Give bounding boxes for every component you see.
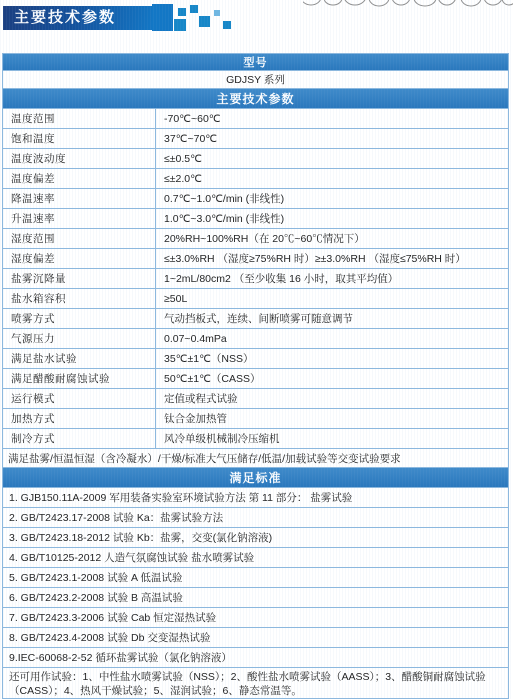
param-value-cell: ≤±0.5℃ [156,149,508,168]
param-value-cell: 1~2mL/80cm2 （至少收集 16 小时，取其平均值） [156,269,508,288]
param-label-cell: 制冷方式 [3,429,156,448]
param-label-cell: 降温速率 [3,189,156,208]
param-label-cell: 湿度偏差 [3,249,156,268]
table-row-standard: 4. GB/T10125-2012 人造气氛腐蚀试验 盐水喷雾试验 [3,548,508,568]
param-label-cell: 温度波动度 [3,149,156,168]
param-label-cell: 升温速率 [3,209,156,228]
table-row-param: 喷雾方式气动挡板式，连续、间断喷雾可随意调节 [3,309,508,329]
spec-table: 型号GDJSY 系列主要技术参数温度范围-70℃~60℃饱和温度37℃~70℃温… [2,53,509,699]
param-value-cell: 0.7℃~1.0℃/min (非线性) [156,189,508,208]
param-label-cell: 温度范围 [3,109,156,128]
model-value-row: GDJSY 系列 [3,71,508,89]
table-row-param: 满足盐水试验35℃±1℃（NSS） [3,349,508,369]
param-label-cell: 温度偏差 [3,169,156,188]
combined-test-note-row: 满足盐雾/恒温恒湿（含冷凝水）/干燥/标准大气压储存/低温/加载试验等交变试验要… [3,449,508,468]
param-value-cell: 0.07~0.4mPa [156,329,508,348]
params-header-row: 主要技术参数 [3,89,508,109]
page-title: 主要技术参数 [14,9,116,26]
param-value-cell: ≤±3.0%RH （湿度≥75%RH 时）≥±3.0%RH （湿度≤75%RH … [156,249,508,268]
param-value-cell: 50℃±1℃（CASS） [156,369,508,388]
cutoff-watermark-graphic [303,0,513,9]
param-label-cell: 加热方式 [3,409,156,428]
model-header-row: 型号 [3,54,508,71]
param-value-cell: ≤±2.0℃ [156,169,508,188]
section-title-bar: 主要技术参数 [3,6,153,30]
table-row-param: 降温速率0.7℃~1.0℃/min (非线性) [3,189,508,209]
table-row-standard: 6. GB/T2423.2-2008 试验 B 高温试验 [3,588,508,608]
param-value-cell: 35℃±1℃（NSS） [156,349,508,368]
table-row-standard: 1. GJB150.11A-2009 军用装备实验室环境试验方法 第 11 部分… [3,488,508,508]
mosaic-square [214,10,220,16]
mosaic-square [174,19,186,31]
table-row-param: 满足醋酸耐腐蚀试验50℃±1℃（CASS） [3,369,508,389]
param-value-cell: 钛合金加热管 [156,409,508,428]
mosaic-square [199,16,210,27]
param-label-cell: 满足醋酸耐腐蚀试验 [3,369,156,388]
table-row-param: 气源压力0.07~0.4mPa [3,329,508,349]
table-row-standard: 3. GB/T2423.18-2012 试验 Kb：盐雾，交变(氯化钠溶液) [3,528,508,548]
table-row-standard: 8. GB/T2423.4-2008 试验 Db 交变湿热试验 [3,628,508,648]
table-row-param: 制冷方式风冷单级机械制冷压缩机 [3,429,508,449]
param-value-cell: 1.0℃~3.0℃/min (非线性) [156,209,508,228]
param-label-cell: 气源压力 [3,329,156,348]
table-row-param: 运行模式定值或程式试验 [3,389,508,409]
param-value-cell: 气动挡板式，连续、间断喷雾可随意调节 [156,309,508,328]
mosaic-square [178,8,186,16]
table-row-param: 湿度偏差≤±3.0%RH （湿度≥75%RH 时）≥±3.0%RH （湿度≤75… [3,249,508,269]
table-row-param: 盐雾沉降量1~2mL/80cm2 （至少收集 16 小时，取其平均值） [3,269,508,289]
table-row-standard: 2. GB/T2423.17-2008 试验 Ka：盐雾试验方法 [3,508,508,528]
param-value-cell: ≥50L [156,289,508,308]
mosaic-square [152,4,173,31]
param-value-cell: -70℃~60℃ [156,109,508,128]
table-row-param: 温度波动度≤±0.5℃ [3,149,508,169]
param-value-cell: 37℃~70℃ [156,129,508,148]
param-label-cell: 满足盐水试验 [3,349,156,368]
table-row-param: 盐水箱容积≥50L [3,289,508,309]
param-value-cell: 定值或程式试验 [156,389,508,408]
mosaic-square [223,21,231,29]
table-row-standard: 5. GB/T2423.1-2008 试验 A 低温试验 [3,568,508,588]
table-row-param: 湿度范围20%RH~100%RH（在 20℃~60℃情况下） [3,229,508,249]
standards-header-row: 满足标准 [3,468,508,488]
table-row-param: 饱和温度37℃~70℃ [3,129,508,149]
table-row-param: 加热方式钛合金加热管 [3,409,508,429]
table-row-param: 温度偏差≤±2.0℃ [3,169,508,189]
mosaic-square [190,5,198,13]
extra-tests-note-row: 还可用作试验：1、中性盐水喷雾试验（NSS）；2、酸性盐水喷雾试验（AASS）；… [3,668,508,698]
param-label-cell: 运行模式 [3,389,156,408]
param-label-cell: 盐雾沉降量 [3,269,156,288]
table-row-standard: 7. GB/T2423.3-2006 试验 Cab 恒定湿热试验 [3,608,508,628]
param-label-cell: 饱和温度 [3,129,156,148]
table-row-standard: 9.IEC-60068-2-52 循环盐雾试验（氯化钠溶液） [3,648,508,668]
param-label-cell: 盐水箱容积 [3,289,156,308]
table-row-param: 温度范围-70℃~60℃ [3,109,508,129]
param-value-cell: 20%RH~100%RH（在 20℃~60℃情况下） [156,229,508,248]
param-label-cell: 喷雾方式 [3,309,156,328]
param-label-cell: 湿度范围 [3,229,156,248]
param-value-cell: 风冷单级机械制冷压缩机 [156,429,508,448]
table-row-param: 升温速率1.0℃~3.0℃/min (非线性) [3,209,508,229]
